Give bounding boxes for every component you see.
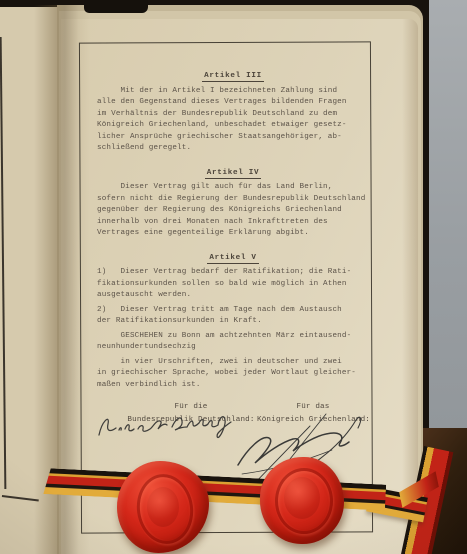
text-line: in griechischer Sprache, wobei jeder Wor… xyxy=(97,368,369,380)
text-line: licher Ansprüche griechischer Staatsange… xyxy=(97,132,369,144)
text-line: sofern nicht die Regierung der Bundesrep… xyxy=(97,194,369,206)
treaty-text: Artikel III Mit der in Artikel I bezeich… xyxy=(97,71,369,426)
text-line: der Ratifikationsurkunden in Kraft. xyxy=(97,316,369,328)
article-heading-text: Artikel III xyxy=(202,72,264,82)
wax-seal-right xyxy=(260,457,344,544)
wax-seal-right-emblem xyxy=(284,477,320,519)
text-line: Dieser Vertrag gilt auch für das Land Be… xyxy=(97,182,369,194)
article-heading-text: Artikel V xyxy=(207,254,258,264)
paragraph: 2) Dieser Vertrag tritt am Tage nach dem… xyxy=(97,305,369,328)
german-signature xyxy=(99,417,231,438)
page-edge-shadow xyxy=(402,19,418,554)
text-line: fikationsurkunden sollen so bald wie mög… xyxy=(97,279,369,291)
text-line: schließend geregelt. xyxy=(97,143,369,155)
binding-tab xyxy=(84,0,148,13)
text-line: 1) Dieser Vertrag bedarf der Ratifikatio… xyxy=(97,267,369,279)
wax-seal-left-emblem xyxy=(147,487,179,527)
text-line: innerhalb von drei Monaten nach Inkraftt… xyxy=(97,217,369,229)
text-line: GESCHEHEN zu Bonn am achtzehnten März ei… xyxy=(97,331,369,343)
article-heading: Artikel III xyxy=(97,71,369,83)
text-line: gegenüber der Regierung des Königreichs … xyxy=(97,205,369,217)
paragraph: GESCHEHEN zu Bonn am achtzehnten März ei… xyxy=(97,331,369,354)
paragraph: 1) Dieser Vertrag bedarf der Ratifikatio… xyxy=(97,267,369,302)
paragraph: Dieser Vertrag gilt auch für das Land Be… xyxy=(97,182,369,240)
treaty-articles: Artikel III Mit der in Artikel I bezeich… xyxy=(97,71,369,391)
article-heading-text: Artikel IV xyxy=(205,169,261,179)
text-line: ausgetauscht werden. xyxy=(97,290,369,302)
text-line: in vier Urschriften, zwei in deutscher u… xyxy=(97,357,369,369)
text-line: 2) Dieser Vertrag tritt am Tage nach dem… xyxy=(97,305,369,317)
article-heading: Artikel V xyxy=(97,253,369,265)
article-heading: Artikel IV xyxy=(97,168,369,180)
text-line: Vertrages eine gegenteilige Erklärung ab… xyxy=(97,228,369,240)
text-line: Königreich Griechenland, unbeschadet etw… xyxy=(97,120,369,132)
paragraph: Mit der in Artikel I bezeichneten Zahlun… xyxy=(97,86,369,155)
text-line: im Verhältnis der Bundesrepublik Deutsch… xyxy=(97,109,369,121)
text-line: alle den Gegenstand dieses Vertrages bil… xyxy=(97,97,369,109)
paragraph: in vier Urschriften, zwei in deutscher u… xyxy=(97,357,369,392)
text-line: neunhundertundsechzig xyxy=(97,342,369,354)
text-line: Mit der in Artikel I bezeichneten Zahlun… xyxy=(97,86,369,98)
treaty-page-photo: Artikel III Mit der in Artikel I bezeich… xyxy=(0,0,467,554)
text-line: maßen verbindlich ist. xyxy=(97,380,369,392)
previous-page-rule-vertical xyxy=(0,37,6,489)
